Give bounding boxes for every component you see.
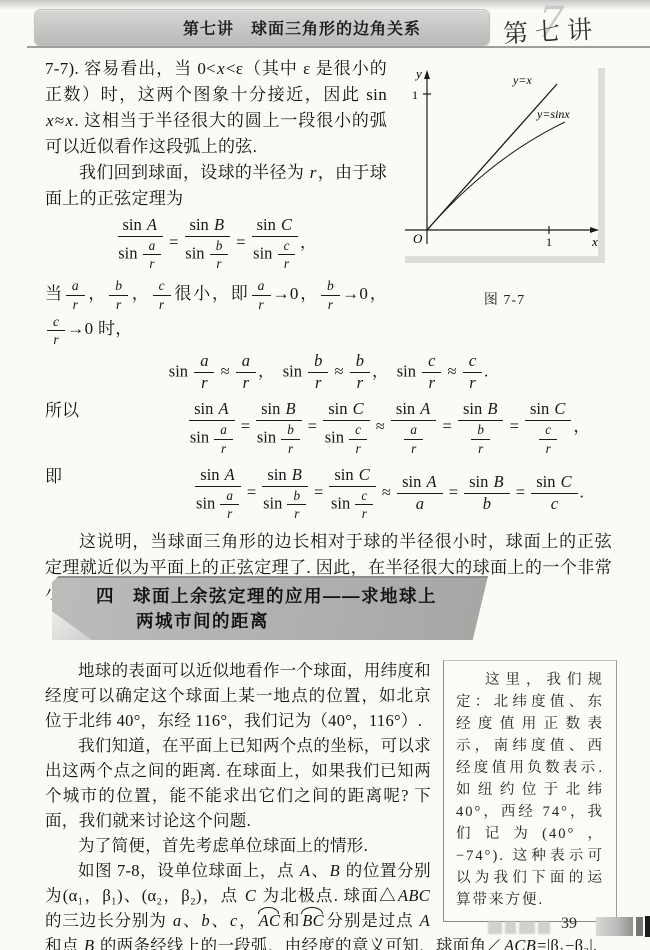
y-axis-arrow (424, 70, 430, 79)
curve-y-equals-sinx (427, 122, 565, 230)
x-axis-arrow (590, 227, 599, 233)
footer-black-bar (645, 916, 650, 937)
origin-label: O (413, 231, 423, 246)
footer-dark-bar (636, 917, 643, 936)
page-content: y x O 1 1 y=x y=sinx 图 7-7 7-7). 容易看出，当 … (45, 56, 612, 607)
chapter-header-title: 第七讲 球面三角形的边角关系 (183, 16, 421, 39)
x-tick-label: 1 (546, 235, 552, 249)
sine-curve-label: y=sinx (536, 107, 570, 121)
figure-7-7: y x O 1 1 y=x y=sinx 图 7-7 (397, 60, 612, 310)
identity-line-label: y=x (512, 73, 532, 87)
footer-watermark (488, 921, 550, 934)
header-rule (27, 46, 650, 48)
figure-caption: 图 7-7 (397, 289, 612, 309)
figure-shadow-bottom (405, 256, 605, 263)
figure-7-7-plot: y x O 1 1 y=x y=sinx (397, 60, 612, 282)
section-content: 这里，我们规定：北纬度值、东经度值用正数表示，南纬度值、西经度值用负数表示. 如… (45, 658, 617, 950)
margin-note: 这里，我们规定：北纬度值、东经度值用正数表示，南纬度值、西经度值用负数表示. 如… (443, 660, 617, 922)
section-title-part1: 球面上余弦定理的应用——求地球上 (133, 586, 437, 606)
section-heading-banner: 四球面上余弦定理的应用——求地球上 两城市间的距离 (52, 576, 488, 640)
y-tick-label: 1 (412, 88, 418, 102)
page-number: 39 (561, 915, 577, 933)
section-heading-line1: 四球面上余弦定理的应用——求地球上 (52, 576, 488, 609)
formula-sin-approximation: sin ar ≈ ar， sin br ≈ br， sin cr ≈ cr. (45, 352, 612, 393)
y-axis-label: y (414, 66, 422, 81)
chapter-calligraphy-text: 第七讲 (502, 10, 600, 51)
chapter-header-bar: 第七讲 球面三角形的边角关系 (34, 9, 490, 46)
footer-gradient-bar (596, 917, 633, 936)
margin-note-text: 这里，我们规定：北纬度值、东经度值用正数表示，南纬度值、西经度值用负数表示. 如… (456, 669, 604, 911)
chapter-calligraphy: 7 第七讲 (497, 2, 627, 48)
formula-chain-approx-1: sin Asin ar = sin Bsin br = sin Csin cr … (45, 400, 612, 455)
formula-chain-approx-2: sin Asin ar = sin Bsin br = sin Csin cr … (45, 466, 612, 521)
x-axis-label: x (591, 234, 598, 249)
line-y-equals-x (427, 84, 557, 230)
section-index: 四 (96, 586, 115, 606)
book-page: 第七讲 球面三角形的边角关系 7 第七讲 (0, 0, 650, 950)
figure-shadow-right (598, 68, 605, 262)
section-title-part2: 两城市间的距离 (52, 609, 488, 634)
